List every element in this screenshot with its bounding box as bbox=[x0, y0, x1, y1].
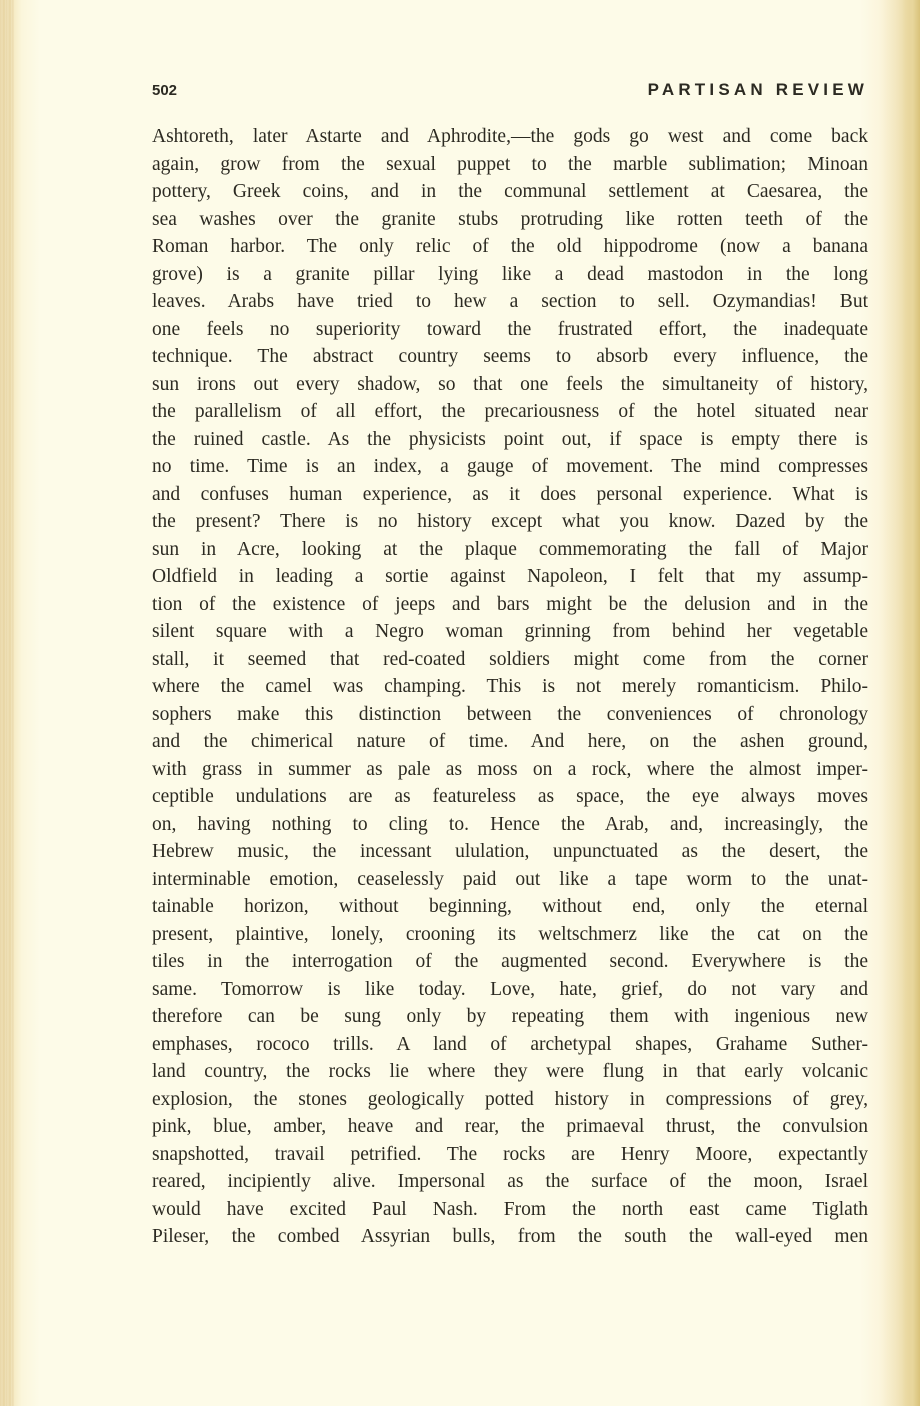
text-line: reared, incipiently alive. Impersonal as… bbox=[152, 1168, 868, 1196]
text-line: silent square with a Negro woman grinnin… bbox=[152, 618, 868, 646]
text-line: with grass in summer as pale as moss on … bbox=[152, 756, 868, 784]
text-line: the parallelism of all effort, the preca… bbox=[152, 398, 868, 426]
text-line: stall, it seemed that red-coated soldier… bbox=[152, 646, 868, 674]
page-edge-shadow bbox=[902, 0, 920, 1406]
text-line: pottery, Greek coins, and in the communa… bbox=[152, 178, 868, 206]
text-line: grove) is a granite pillar lying like a … bbox=[152, 261, 868, 289]
running-head: PARTISAN REVIEW bbox=[648, 80, 868, 100]
text-line: present, plaintive, lonely, crooning its… bbox=[152, 921, 868, 949]
text-line: emphases, rococo trills. A land of arche… bbox=[152, 1031, 868, 1059]
text-line: pink, blue, amber, heave and rear, the p… bbox=[152, 1113, 868, 1141]
text-line: tainable horizon, without beginning, wit… bbox=[152, 893, 868, 921]
text-line: Oldfield in leading a sortie against Nap… bbox=[152, 563, 868, 591]
page-header: 502 PARTISAN REVIEW bbox=[152, 80, 868, 104]
text-line: no time. Time is an index, a gauge of mo… bbox=[152, 453, 868, 481]
text-line: one feels no superiority toward the frus… bbox=[152, 316, 868, 344]
text-line: same. Tomorrow is like today. Love, hate… bbox=[152, 976, 868, 1004]
text-line: Roman harbor. The only relic of the old … bbox=[152, 233, 868, 261]
text-line: and confuses human experience, as it doe… bbox=[152, 481, 868, 509]
text-line: the ruined castle. As the physicists poi… bbox=[152, 426, 868, 454]
text-line: Pileser, the combed Assyrian bulls, from… bbox=[152, 1223, 868, 1251]
text-line: sophers make this distinction between th… bbox=[152, 701, 868, 729]
book-page: 502 PARTISAN REVIEW Ashtoreth, later Ast… bbox=[0, 0, 920, 1406]
text-line: would have excited Paul Nash. From the n… bbox=[152, 1196, 868, 1224]
text-line: land country, the rocks lie where they w… bbox=[152, 1058, 868, 1086]
text-line: ceptible undulations are as featureless … bbox=[152, 783, 868, 811]
text-line: explosion, the stones geologically potte… bbox=[152, 1086, 868, 1114]
text-line: and the chimerical nature of time. And h… bbox=[152, 728, 868, 756]
text-line: on, having nothing to cling to. Hence th… bbox=[152, 811, 868, 839]
page-number: 502 bbox=[152, 82, 177, 99]
text-line: technique. The abstract country seems to… bbox=[152, 343, 868, 371]
body-text: Ashtoreth, later Astarte and Aphrodite,—… bbox=[152, 123, 868, 1251]
text-line: sea washes over the granite stubs protru… bbox=[152, 206, 868, 234]
text-line: leaves. Arabs have tried to hew a sectio… bbox=[152, 288, 868, 316]
text-line: Ashtoreth, later Astarte and Aphrodite,—… bbox=[152, 123, 868, 151]
text-line: snapshotted, travail petrified. The rock… bbox=[152, 1141, 868, 1169]
text-line: Hebrew music, the incessant ululation, u… bbox=[152, 838, 868, 866]
text-line: interminable emotion, ceaselessly paid o… bbox=[152, 866, 868, 894]
text-line: tiles in the interrogation of the augmen… bbox=[152, 948, 868, 976]
text-line: tion of the existence of jeeps and bars … bbox=[152, 591, 868, 619]
text-line: where the camel was champing. This is no… bbox=[152, 673, 868, 701]
text-line: again, grow from the sexual puppet to th… bbox=[152, 151, 868, 179]
text-line: sun in Acre, looking at the plaque comme… bbox=[152, 536, 868, 564]
text-line: the present? There is no history except … bbox=[152, 508, 868, 536]
text-line: sun irons out every shadow, so that one … bbox=[152, 371, 868, 399]
text-line: therefore can be sung only by repeating … bbox=[152, 1003, 868, 1031]
page-gutter-shadow bbox=[0, 0, 14, 1406]
